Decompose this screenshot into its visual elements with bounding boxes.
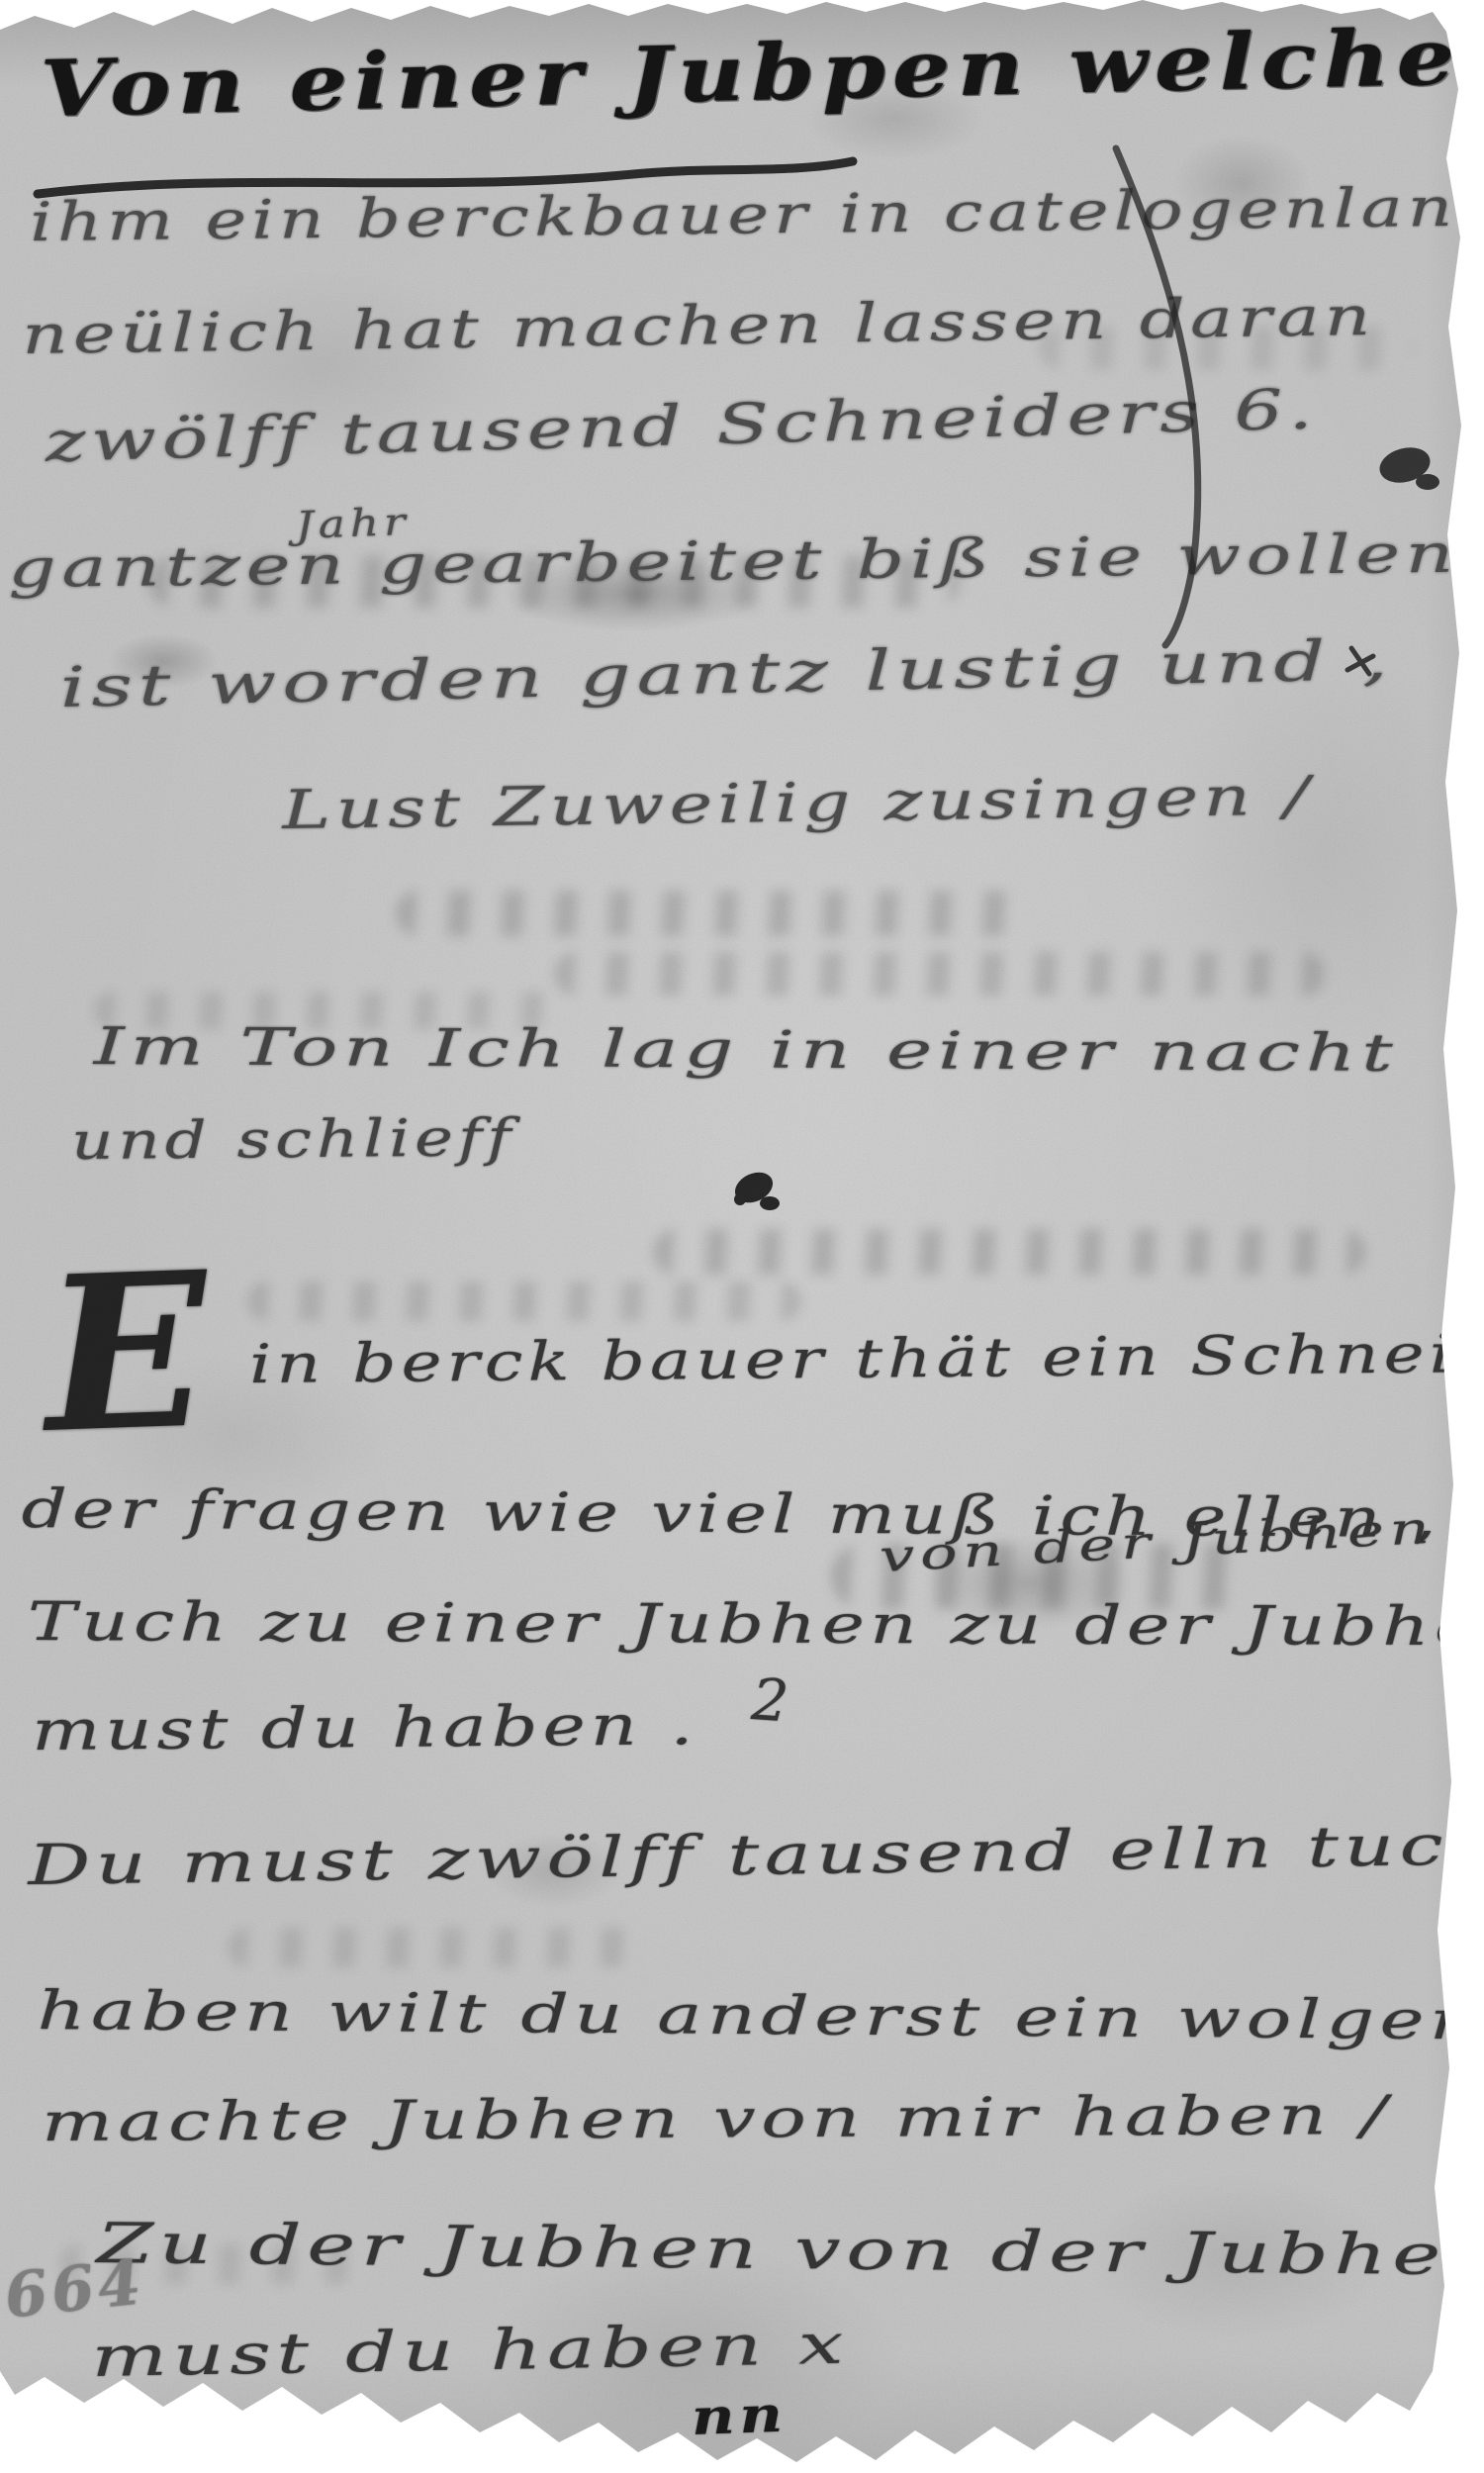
paper-grain [0, 0, 1484, 2473]
paper-sheet: Von einer Jubpen welche ihm ein berckbau… [0, 0, 1484, 2473]
manuscript-scan: Von einer Jubpen welche ihm ein berckbau… [0, 0, 1484, 2473]
